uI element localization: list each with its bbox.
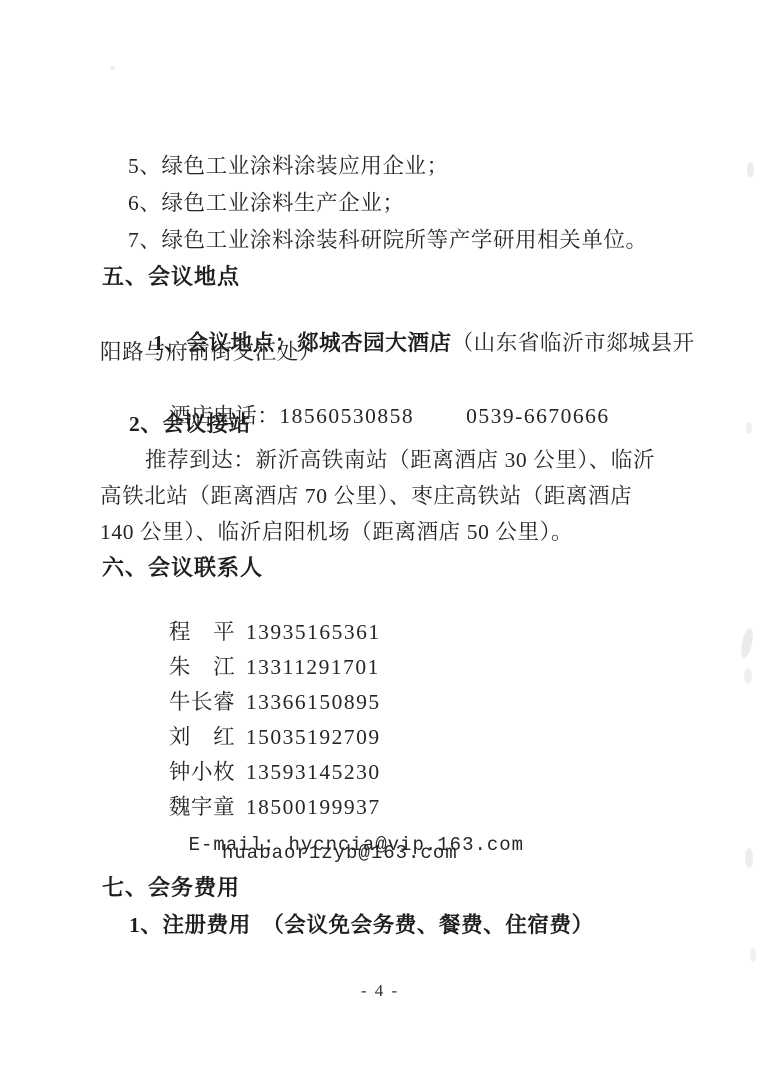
hotel-phone-mobile: 18560530858 [279,404,414,428]
attendee-item-7: 7、绿色工业涂料涂装科研院所等产学研用相关单位。 [128,226,648,254]
scan-artifact [110,66,115,70]
pickup-line-1: 推荐到达：新沂高铁南站（距离酒店 30 公里）、临沂 [145,446,655,474]
attendee-item-5: 5、绿色工业涂料涂装应用企业； [128,152,449,180]
scan-artifact [745,848,753,868]
meeting-location-address-part2: 阳路与府前街交汇处） [100,338,321,366]
scan-artifact [746,422,752,434]
section-heading-meeting-location: 五、会议地点 [102,263,240,291]
pickup-line-3: 140 公里）、临沂启阳机场（距离酒店 50 公里）。 [100,518,573,546]
scan-artifact [744,668,752,684]
registration-fee-line: 1、注册费用 （会议免会务费、餐费、住宿费） [129,911,594,939]
pickup-heading: 2、会议接站 [129,410,251,438]
section-heading-fees: 七、会务费用 [102,874,240,902]
hotel-phone-landline: 0539-6670666 [466,404,609,428]
section-heading-contacts: 六、会议联系人 [102,554,263,582]
scan-artifact [739,627,755,658]
meeting-location-address-part1: （山东省临沂市郯城县开 [452,331,695,355]
pickup-line-2: 高铁北站（距离酒店 70 公里）、枣庄高铁站（距离酒店 [100,482,632,510]
attendee-item-6: 6、绿色工业涂料生产企业； [128,189,405,217]
scan-artifact [747,162,754,178]
scan-artifact [750,948,756,962]
email-secondary: huabaor1zyb@163.com [222,839,458,867]
document-page: 5、绿色工业涂料涂装应用企业； 6、绿色工业涂料生产企业； 7、绿色工业涂料涂装… [0,0,760,1074]
page-number: - 4 - [0,981,760,1001]
